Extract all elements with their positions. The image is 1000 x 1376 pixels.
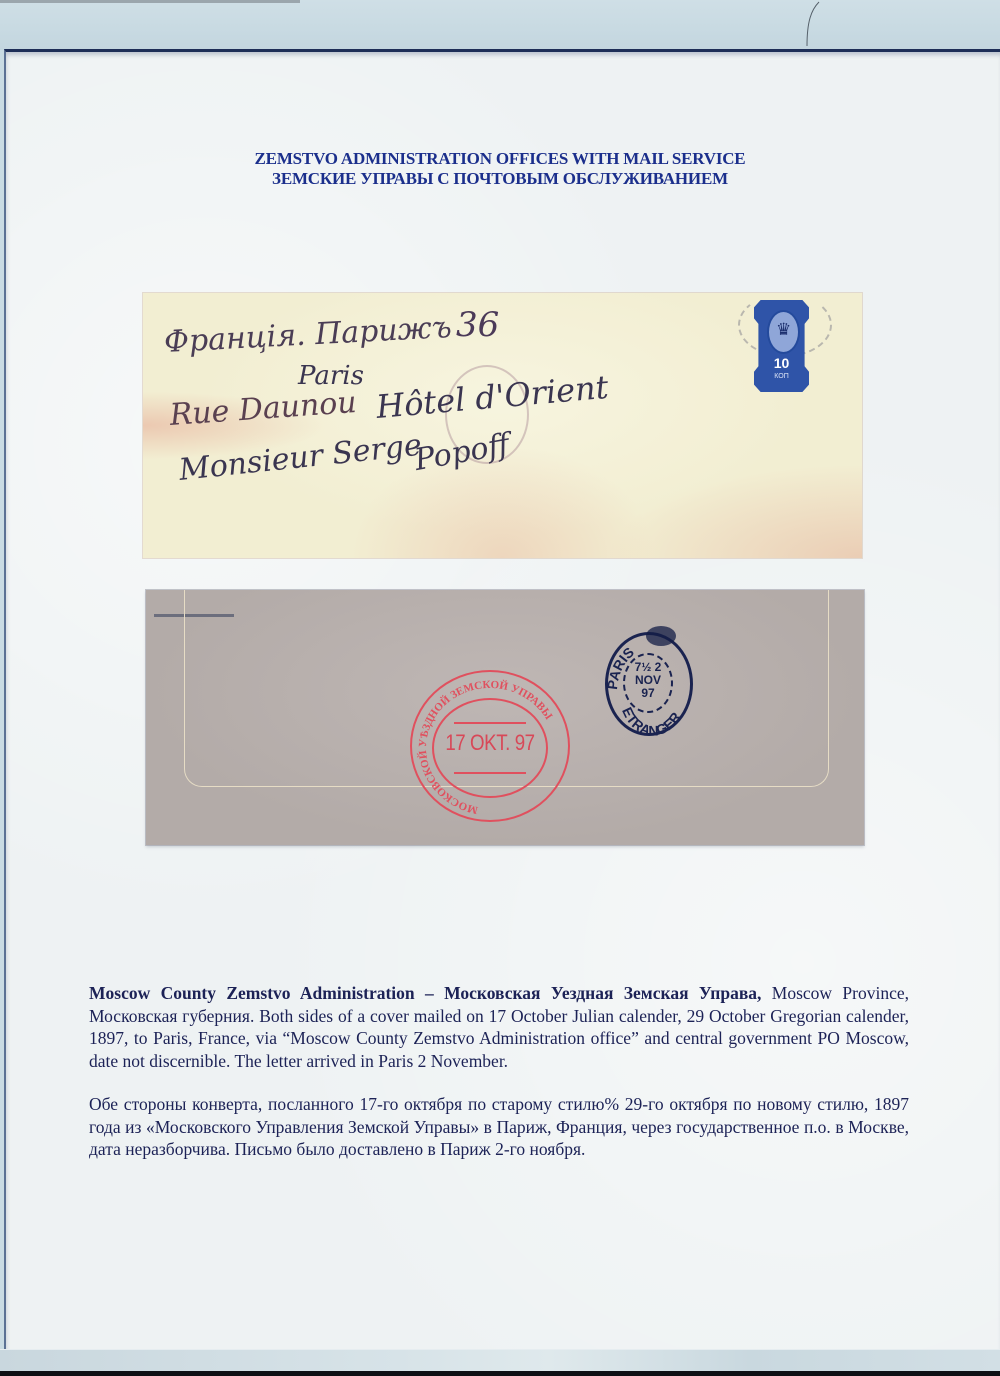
seal-bar: [454, 722, 526, 724]
stamp-oval: ♛: [767, 310, 800, 354]
seal-bar: [454, 772, 526, 774]
postmark-inner-ring: 7½ 2 NOV 97: [623, 653, 673, 713]
stamp-unit: КОП: [754, 373, 809, 380]
address-number: 36: [456, 305, 499, 345]
envelope-front: Франція. Парижъ 36 Paris Rue Daunou Hôte…: [143, 293, 862, 558]
seal-date: 17 OKT. 97: [442, 730, 537, 756]
scan-top-margin: [0, 0, 1000, 50]
pencil-mark-icon: [795, 0, 825, 48]
address-line-surname: Popoff: [412, 427, 512, 478]
scan-bottom-edge: [0, 1371, 1000, 1376]
zemstvo-seal: МОСКОВСКОЙ УѢЗДНОЙ ЗЕМСКОЙ УПРАВЫ 17 OKT…: [410, 670, 570, 822]
scan-bottom-margin: [0, 1349, 1000, 1372]
postmark-month: NOV: [625, 674, 671, 686]
envelope-back: МОСКОВСКОЙ УѢЗДНОЙ ЗЕМСКОЙ УПРАВЫ 17 OKT…: [146, 590, 864, 845]
stamp-value: 10: [754, 355, 809, 371]
paris-postmark: PARIS ETRANGER 7½ 2 NOV 97: [605, 632, 693, 736]
address-line-street: Rue Daunou: [169, 385, 358, 433]
description-english: Moscow County Zemstvo Administration – М…: [89, 982, 909, 1072]
page-title-russian: ЗЕМСКИЕ УПРАВЫ С ПОЧТОВЫМ ОБСЛУЖИВАНИЕМ: [0, 168, 1000, 189]
description-russian: Обе стороны конверта, посланного 17-го о…: [89, 1093, 909, 1161]
postage-stamp: ♛ 10 КОП: [754, 300, 809, 392]
postmark-time: 7½ 2: [625, 661, 671, 673]
address-line-recipient: Monsieur Serge: [177, 428, 423, 488]
page-title-english: ZEMSTVO ADMINISTRATION OFFICES WITH MAIL…: [0, 148, 1000, 169]
description-heading: Moscow County Zemstvo Administration – М…: [89, 983, 761, 1003]
scan-edge-mark: [0, 0, 300, 3]
seal-inner-ring: 17 OKT. 97: [432, 698, 548, 798]
double-headed-eagle-icon: ♛: [776, 320, 791, 340]
address-line-country: Франція. Парижъ: [163, 310, 452, 360]
ink-blot: [646, 626, 676, 646]
postmark-year: 97: [625, 687, 671, 699]
